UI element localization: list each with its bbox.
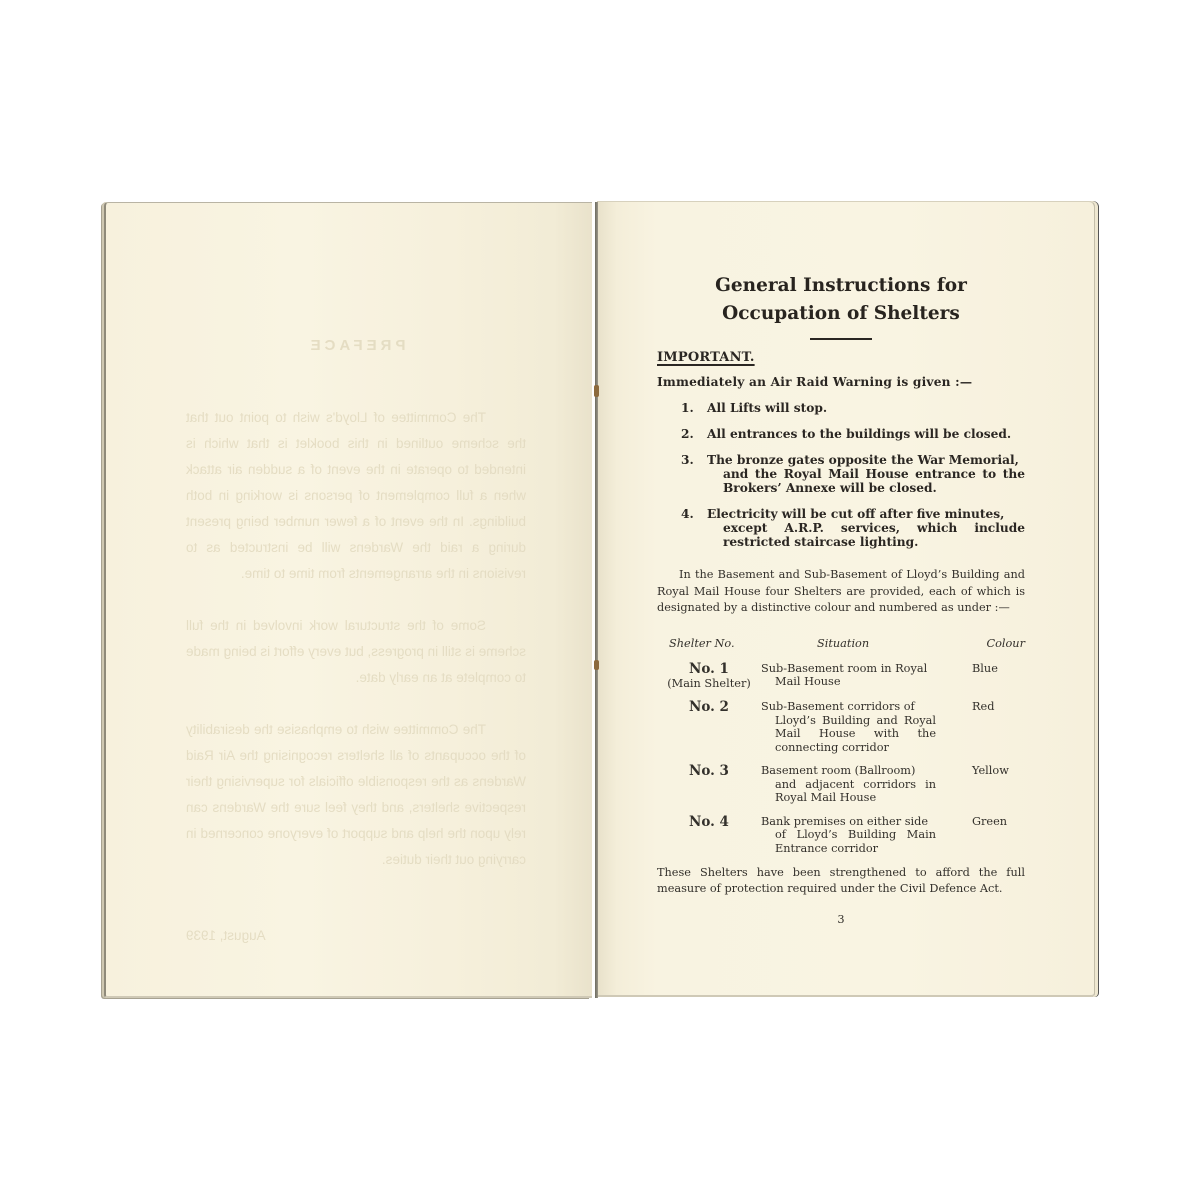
staple-mark — [594, 660, 599, 670]
shelter-situation: Sub-Basement corridors of — [761, 700, 915, 713]
preface-heading: PREFACE — [186, 333, 526, 359]
preface-paragraph: The Committee wish to emphasise the desi… — [186, 717, 526, 873]
preface-paragraph: Some of the structural work involved in … — [186, 613, 526, 691]
staple-mark — [594, 385, 599, 397]
shelter-situation: Sub-Basement room in Royal — [761, 662, 927, 675]
shelter-situation-continued: and adjacent corridors in Royal Mail Hou… — [761, 778, 936, 805]
shelter-situation: Bank premises on either side — [761, 815, 928, 828]
shelter-colour: Red — [936, 700, 1025, 754]
shelter-number: No. 2 — [657, 700, 761, 715]
instruction-item: 2. All entrances to the buildings will b… — [657, 427, 1025, 441]
shelter-colour: Yellow — [936, 764, 1025, 805]
instruction-text: The bronze gates opposite the War Memori… — [707, 453, 1019, 467]
shelter-number: No. 4 — [657, 815, 761, 830]
title-divider — [810, 338, 872, 340]
instruction-text-continued: and the Royal Mail House entrance to the… — [707, 467, 1025, 495]
table-row: No. 4 Bank premises on either side of Ll… — [657, 815, 1025, 856]
shelter-colour: Blue — [936, 662, 1025, 691]
instruction-number: 3. — [657, 453, 707, 495]
instruction-item: 1. All Lifts will stop. — [657, 401, 1025, 415]
shelters-intro: In the Basement and Sub-Basement of Lloy… — [657, 567, 1025, 617]
instruction-number: 4. — [657, 507, 707, 549]
preface-date: August, 1939 — [186, 923, 526, 949]
open-booklet: PREFACE The Committee of Lloyd's wish to… — [0, 0, 1200, 1200]
shelter-situation: Basement room (Ballroom) — [761, 764, 915, 777]
shelter-situation-continued: Mail House — [761, 675, 936, 689]
booklet-spine — [595, 202, 598, 998]
instruction-number: 1. — [657, 401, 707, 415]
instruction-item: 4. Electricity will be cut off after fiv… — [657, 507, 1025, 549]
instruction-number: 2. — [657, 427, 707, 441]
table-row: No. 3 Basement room (Ballroom) and adjac… — [657, 764, 1025, 805]
important-label: IMPORTANT. — [657, 350, 1025, 365]
instruction-text: Electricity will be cut off after five m… — [707, 507, 1004, 521]
closing-statement: These Shelters have been strengthened to… — [657, 865, 1025, 897]
header-situation: Situation — [761, 637, 951, 650]
shelter-note: (Main Shelter) — [657, 677, 761, 691]
preface-paragraph: The Committee of Lloyd's wish to point o… — [186, 405, 526, 587]
air-raid-lead: Immediately an Air Raid Warning is given… — [657, 375, 1025, 389]
instruction-text: All entrances to the buildings will be c… — [707, 427, 1011, 441]
page-content: General Instructions for Occupation of S… — [657, 272, 1025, 926]
header-shelter-no: Shelter No. — [657, 637, 761, 650]
shelter-number: No. 1 — [657, 662, 761, 677]
preface-bleed-through: PREFACE The Committee of Lloyd's wish to… — [186, 333, 526, 975]
shelter-situation-continued: Lloyd’s Building and Royal Mail House wi… — [761, 714, 936, 755]
instruction-item: 3. The bronze gates opposite the War Mem… — [657, 453, 1025, 495]
shelter-table: Shelter No. Situation Colour No. 1 (Main… — [657, 637, 1025, 856]
table-header: Shelter No. Situation Colour — [657, 637, 1025, 650]
instruction-text-continued: except A.R.P. services, which include re… — [707, 521, 1025, 549]
right-page: General Instructions for Occupation of S… — [597, 201, 1095, 997]
left-page: PREFACE The Committee of Lloyd's wish to… — [104, 202, 592, 998]
table-row: No. 2 Sub-Basement corridors of Lloyd’s … — [657, 700, 1025, 754]
shelter-colour: Green — [936, 815, 1025, 856]
instruction-text: All Lifts will stop. — [707, 401, 827, 415]
page-title: General Instructions for Occupation of S… — [657, 272, 1025, 328]
page-number: 3 — [657, 913, 1025, 926]
shelter-situation-continued: of Lloyd’s Building Main Entrance corrid… — [761, 828, 936, 855]
instruction-list: 1. All Lifts will stop. 2. All entrances… — [657, 401, 1025, 549]
table-row: No. 1 (Main Shelter) Sub-Basement room i… — [657, 662, 1025, 691]
header-colour: Colour — [951, 637, 1025, 650]
shelter-number: No. 3 — [657, 764, 761, 779]
